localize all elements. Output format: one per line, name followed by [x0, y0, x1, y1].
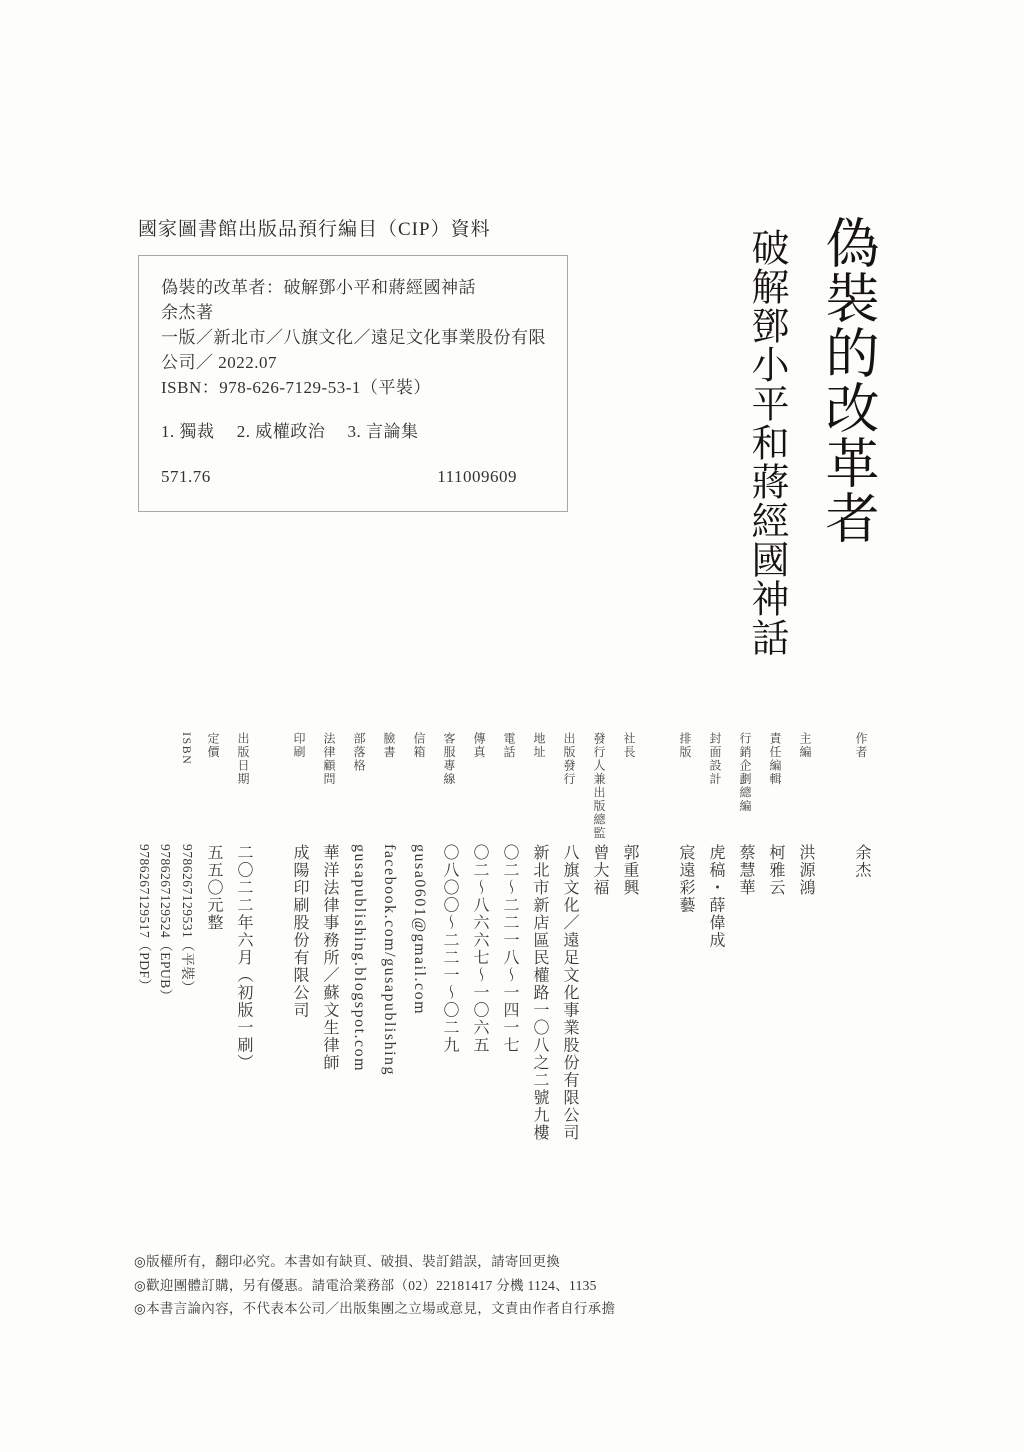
colophon-entry: 發行人兼出版總監曾大福	[584, 732, 614, 1182]
colophon-value: gusapublishing.blogspot.com	[351, 844, 368, 1072]
colophon-value: 華洋法律事務所／蘇文生律師	[321, 844, 338, 1072]
title-block: 偽裝的改革者 破解鄧小平和蔣經國神話	[744, 215, 880, 657]
colophon-value: 〇二～二二一八～一四一七	[501, 844, 518, 1054]
colophon: 作者余杰主編洪源鴻責任編輯柯雅云行銷企劃總編蔡慧華封面設計虎稿・薛偉成排版宸遠彩…	[134, 732, 876, 1182]
book-subtitle: 破解鄧小平和蔣經國神話	[744, 228, 788, 657]
colophon-value: 〇二～八六六七～一〇六五	[471, 844, 488, 1054]
colophon-value: 9786267129531（平裝）	[180, 844, 195, 994]
copyright-note: ◎版權所有，翻印必究。本書如有缺頁、破損、裝訂錯誤，請寄回更換	[134, 1250, 615, 1274]
colophon-entry: 封面設計虎稿・薛偉成	[700, 732, 730, 1182]
book-main-title: 偽裝的改革者	[816, 215, 880, 657]
colophon-label: 傳真	[464, 732, 493, 844]
colophon-value: 蔡慧華	[737, 844, 754, 897]
colophon-value: 9786267129517（PDF）	[137, 844, 152, 993]
cip-line: 公司／ 2022.07	[161, 350, 549, 375]
colophon-entry: 地址新北市新店區民權路一〇八之二號九樓	[524, 732, 554, 1182]
colophon-value: 八旗文化／遠足文化事業股份有限公司	[561, 844, 578, 1142]
colophon-label: 作者	[846, 732, 875, 844]
colophon-value: 成陽印刷股份有限公司	[291, 844, 308, 1019]
colophon-label: 部落格	[344, 732, 373, 844]
colophon-value: 郭重興	[621, 844, 638, 897]
colophon-entry: 臉書facebook.com/gusapublishing	[374, 732, 404, 1182]
colophon-value: 虎稿・薛偉成	[707, 844, 724, 949]
colophon-label: 法律顧問	[314, 732, 343, 844]
colophon-entry: 作者余杰	[846, 732, 876, 1182]
colophon-entry: 法律顧問華洋法律事務所／蘇文生律師	[314, 732, 344, 1182]
colophon-value: gusa0601@gmail.com	[411, 844, 428, 1015]
colophon-value: 9786267129524（EPUB）	[158, 844, 173, 1003]
colophon-entry: 信箱gusa0601@gmail.com	[404, 732, 434, 1182]
cip-box: 偽裝的改革者：破解鄧小平和蔣經國神話余杰著一版／新北市／八旗文化／遠足文化事業股…	[138, 255, 568, 512]
colophon-label: 電話	[494, 732, 523, 844]
colophon-label: ISBN	[176, 732, 197, 844]
colophon-entry: 責任編輯柯雅云	[760, 732, 790, 1182]
colophon-value: 柯雅云	[767, 844, 784, 897]
cip-line	[161, 400, 549, 419]
colophon-entry: 行銷企劃總編蔡慧華	[730, 732, 760, 1182]
colophon-label: 出版發行	[554, 732, 583, 844]
colophon-label: 排版	[670, 732, 699, 844]
colophon-value: 五五〇元整	[205, 844, 222, 932]
colophon-label: 印刷	[284, 732, 313, 844]
cip-footer: 571.76 111009609	[161, 467, 549, 487]
colophon-entry: ISBN9786267129531（平裝）	[176, 732, 198, 1182]
colophon-entry: 出版日期二〇二二年六月（初版一刷）	[228, 732, 258, 1182]
colophon-value: 宸遠彩藝	[677, 844, 694, 914]
colophon-value: 〇八〇〇～二二一～〇二九	[441, 844, 458, 1054]
colophon-entry: 出版發行八旗文化／遠足文化事業股份有限公司	[554, 732, 584, 1182]
cip-line: 偽裝的改革者：破解鄧小平和蔣經國神話	[161, 275, 549, 300]
cip-class-number: 571.76	[161, 467, 211, 487]
colophon-entry: 9786267129517（PDF）	[134, 732, 155, 1182]
colophon-entry: 定價五五〇元整	[198, 732, 228, 1182]
colophon-entry: 部落格gusapublishing.blogspot.com	[344, 732, 374, 1182]
colophon-value: 新北市新店區民權路一〇八之二號九樓	[531, 844, 548, 1142]
colophon-label: 定價	[198, 732, 227, 844]
colophon-label: 臉書	[374, 732, 403, 844]
colophon-value: 洪源鴻	[797, 844, 814, 897]
cip-header: 國家圖書館出版品預行編目（CIP）資料	[138, 214, 491, 241]
colophon-label: 行銷企劃總編	[730, 732, 759, 844]
colophon-entry: 主編洪源鴻	[790, 732, 820, 1182]
cip-lines: 偽裝的改革者：破解鄧小平和蔣經國神話余杰著一版／新北市／八旗文化／遠足文化事業股…	[161, 275, 549, 444]
colophon-value: 曾大福	[591, 844, 608, 897]
cip-line: 一版／新北市／八旗文化／遠足文化事業股份有限	[161, 325, 549, 350]
colophon-entry: 社長郭重興	[614, 732, 644, 1182]
colophon-label: 客服專線	[434, 732, 463, 844]
colophon-value: 二〇二二年六月（初版一刷）	[235, 844, 252, 1072]
colophon-label: 責任編輯	[760, 732, 789, 844]
colophon-label: 發行人兼出版總監	[584, 732, 613, 844]
copyright-note: ◎本書言論內容，不代表本公司／出版集團之立場或意見，文責由作者自行承擔	[134, 1297, 615, 1321]
cip-record-number: 111009609	[437, 467, 517, 487]
colophon-value: facebook.com/gusapublishing	[381, 844, 398, 1076]
colophon-entry: 電話〇二～二二一八～一四一七	[494, 732, 524, 1182]
colophon-label: 信箱	[404, 732, 433, 844]
cip-line: 1. 獨裁 2. 威權政治 3. 言論集	[161, 419, 549, 444]
colophon-entry: 傳真〇二～八六六七～一〇六五	[464, 732, 494, 1182]
colophon-entry: 印刷成陽印刷股份有限公司	[284, 732, 314, 1182]
cip-line: ISBN：978-626-7129-53-1（平裝）	[161, 375, 549, 400]
colophon-label: 封面設計	[700, 732, 729, 844]
colophon-entry: 排版宸遠彩藝	[670, 732, 700, 1182]
colophon-label: 社長	[614, 732, 643, 844]
colophon-value: 余杰	[853, 844, 870, 879]
cip-line: 余杰著	[161, 300, 549, 325]
copyright-page: 國家圖書館出版品預行編目（CIP）資料 偽裝的改革者：破解鄧小平和蔣經國神話余杰…	[0, 0, 1024, 1452]
colophon-label: 地址	[524, 732, 553, 844]
colophon-entry: 客服專線〇八〇〇～二二一～〇二九	[434, 732, 464, 1182]
copyright-note: ◎歡迎團體訂購，另有優惠。請電洽業務部（02）22181417 分機 1124、…	[134, 1274, 615, 1298]
colophon-entry: 9786267129524（EPUB）	[155, 732, 176, 1182]
copyright-notes: ◎版權所有，翻印必究。本書如有缺頁、破損、裝訂錯誤，請寄回更換◎歡迎團體訂購，另…	[134, 1250, 615, 1321]
colophon-label: 出版日期	[228, 732, 257, 844]
colophon-label: 主編	[790, 732, 819, 844]
